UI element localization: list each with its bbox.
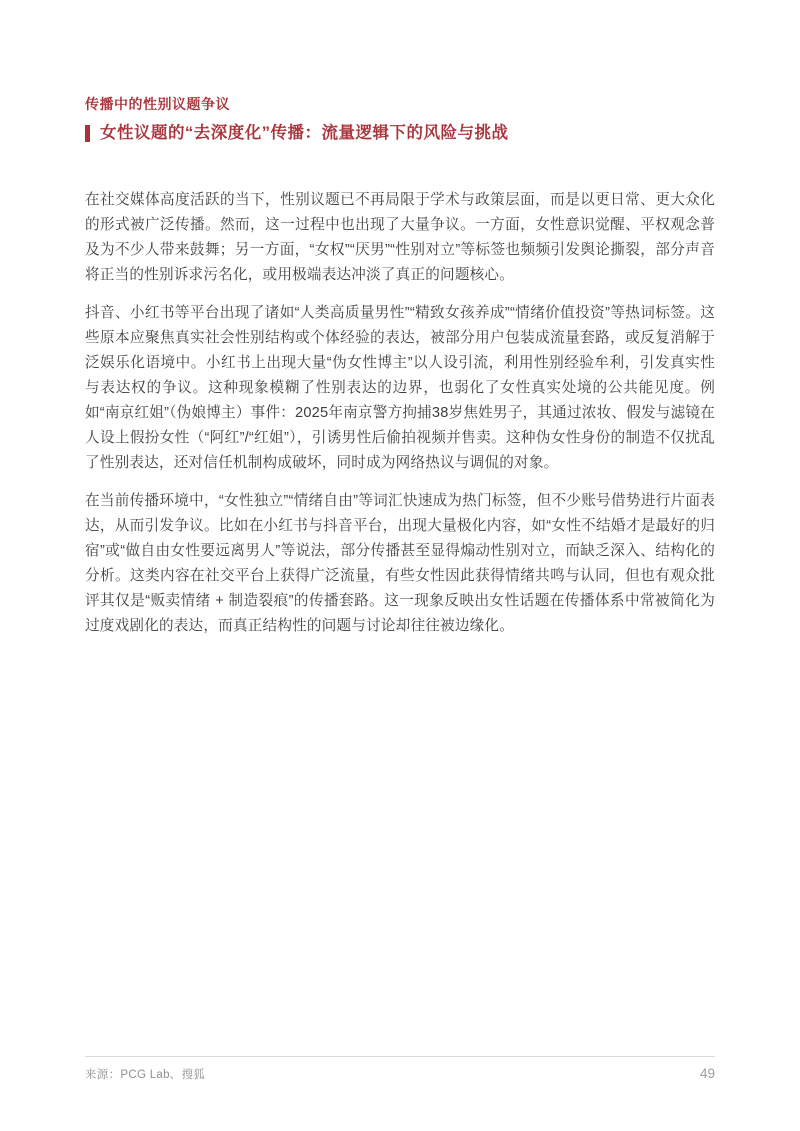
paragraph-3: 在当前传播环境中，“女性独立”“情绪自由”等词汇快速成为热门标签，但不少账号借势… xyxy=(85,489,715,639)
title-row: 女性议题的“去深度化”传播：流量逻辑下的风险与挑战 xyxy=(85,123,715,144)
footer-row: 来源：PCG Lab、搜狐 49 xyxy=(85,1057,715,1082)
body-text: 在社交媒体高度活跃的当下，性别议题已不再局限于学术与政策层面，而是以更日常、更大… xyxy=(85,188,715,639)
source-note: 来源：PCG Lab、搜狐 xyxy=(85,1066,205,1082)
paragraph-1: 在社交媒体高度活跃的当下，性别议题已不再局限于学术与政策层面，而是以更日常、更大… xyxy=(85,188,715,288)
section-label: 传播中的性别议题争议 xyxy=(85,96,715,113)
paragraph-2: 抖音、小红书等平台出现了诸如“人类高质量男性”“精致女孩养成”“情绪价值投资”等… xyxy=(85,301,715,476)
page-title: 女性议题的“去深度化”传播：流量逻辑下的风险与挑战 xyxy=(100,123,509,144)
document-page: 传播中的性别议题争议 女性议题的“去深度化”传播：流量逻辑下的风险与挑战 在社交… xyxy=(0,0,800,1131)
page-number: 49 xyxy=(700,1066,715,1081)
title-accent-bar xyxy=(85,125,90,142)
content-area: 传播中的性别议题争议 女性议题的“去深度化”传播：流量逻辑下的风险与挑战 在社交… xyxy=(85,0,715,652)
page-footer: 来源：PCG Lab、搜狐 49 xyxy=(85,1056,715,1082)
